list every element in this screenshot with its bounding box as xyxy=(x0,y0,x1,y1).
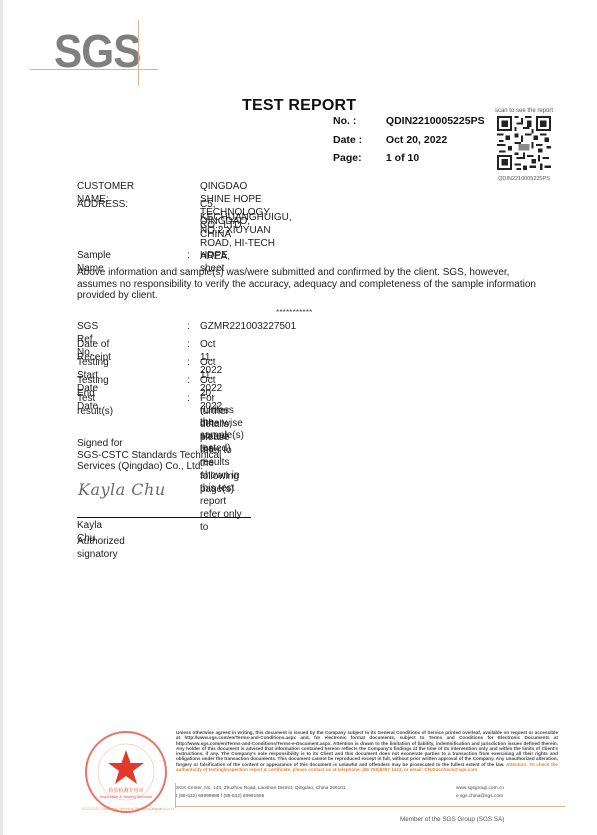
logo-vertical-rule xyxy=(138,20,139,86)
sample-statement: Above information and sample(s) was/were… xyxy=(77,267,537,302)
footer-horizontal-rule xyxy=(175,806,565,807)
seal-sub-text: Inspection & Testing Services xyxy=(100,794,152,799)
signed-for-org-1: SGS-CSTC Standards Technical xyxy=(77,450,221,462)
signatory-title: Authorized signatory xyxy=(77,535,125,561)
member-of-sgs-group: Member of the SGS Group (SGS SA) xyxy=(400,816,504,823)
separator-stars: *********** xyxy=(276,308,312,317)
qr-code-icon[interactable] xyxy=(497,116,551,170)
qr-report-id: QDIN2210005225PS xyxy=(493,176,555,183)
sgs-logo: SGS xyxy=(30,14,160,84)
footer-phone: t (86-532) 68999888 f (86-532) 80991955 xyxy=(176,793,346,801)
footer-address-block: SGS Center, No. 143, Zhuzhou Road, Laosh… xyxy=(176,785,346,801)
signature-line xyxy=(77,517,251,518)
qr-caption: scan to see the report xyxy=(493,108,555,115)
report-date: Date : Oct 20, 2022 xyxy=(333,134,447,146)
detail-colon: : xyxy=(187,320,190,333)
detail-colon: : xyxy=(187,356,190,369)
report-date-value: Oct 20, 2022 xyxy=(386,134,447,146)
detail-colon: : xyxy=(187,392,190,405)
report-number-value: QDIN2210005225PS xyxy=(386,115,485,127)
handwritten-signature: Kayla Chu xyxy=(78,480,166,499)
report-page-value: 1 of 10 xyxy=(386,152,419,164)
disclaimer-text: Unless otherwise agreed in writing, this… xyxy=(176,730,558,767)
signed-for-block: Signed for SGS-CSTC Standards Technical … xyxy=(77,438,221,473)
report-title: TEST REPORT xyxy=(242,97,356,115)
seal-ring-text: SGS-CSTC Standards Technical Services(Qi… xyxy=(82,807,174,811)
footer-contact-block: www.sgsgroup.com.cn e sgs.china@sgs.com xyxy=(456,785,504,801)
detail-colon: : xyxy=(187,338,190,351)
legal-disclaimer: Unless otherwise agreed in writing, this… xyxy=(176,730,558,772)
footer-website-link[interactable]: www.sgsgroup.com.cn xyxy=(456,785,504,793)
footer-email-link[interactable]: e sgs.china@sgs.com xyxy=(456,793,504,801)
test-results-label: Test result(s) xyxy=(77,392,113,418)
qr-block: scan to see the report QDIN2210005225PS xyxy=(493,108,555,183)
address-line-2: QINGDAO, CHINA xyxy=(200,215,250,241)
report-page-label: Page: xyxy=(333,152,383,164)
report-page: Page: 1 of 10 xyxy=(333,152,419,164)
footer-address: SGS Center, No. 143, Zhuzhou Road, Laosh… xyxy=(176,785,346,793)
detail-colon: : xyxy=(187,374,190,387)
seal-center-text: 检验检测专用章 xyxy=(108,787,143,794)
page-edge xyxy=(0,0,3,835)
signed-for-org-2: Services (Qingdao) Co., Ltd. xyxy=(77,461,221,473)
report-number: No. : QDIN2210005225PS xyxy=(333,115,485,127)
address-label: ADDRESS: xyxy=(77,198,128,211)
sgs-ref-value: GZMR221003227501 xyxy=(200,320,296,333)
report-date-label: Date : xyxy=(333,134,383,146)
report-number-label: No. : xyxy=(333,115,383,127)
company-seal-icon: 检验检测专用章 Inspection & Testing Services SG… xyxy=(78,726,174,822)
sample-name-colon: : xyxy=(187,249,190,262)
signed-for-label: Signed for xyxy=(77,438,221,450)
